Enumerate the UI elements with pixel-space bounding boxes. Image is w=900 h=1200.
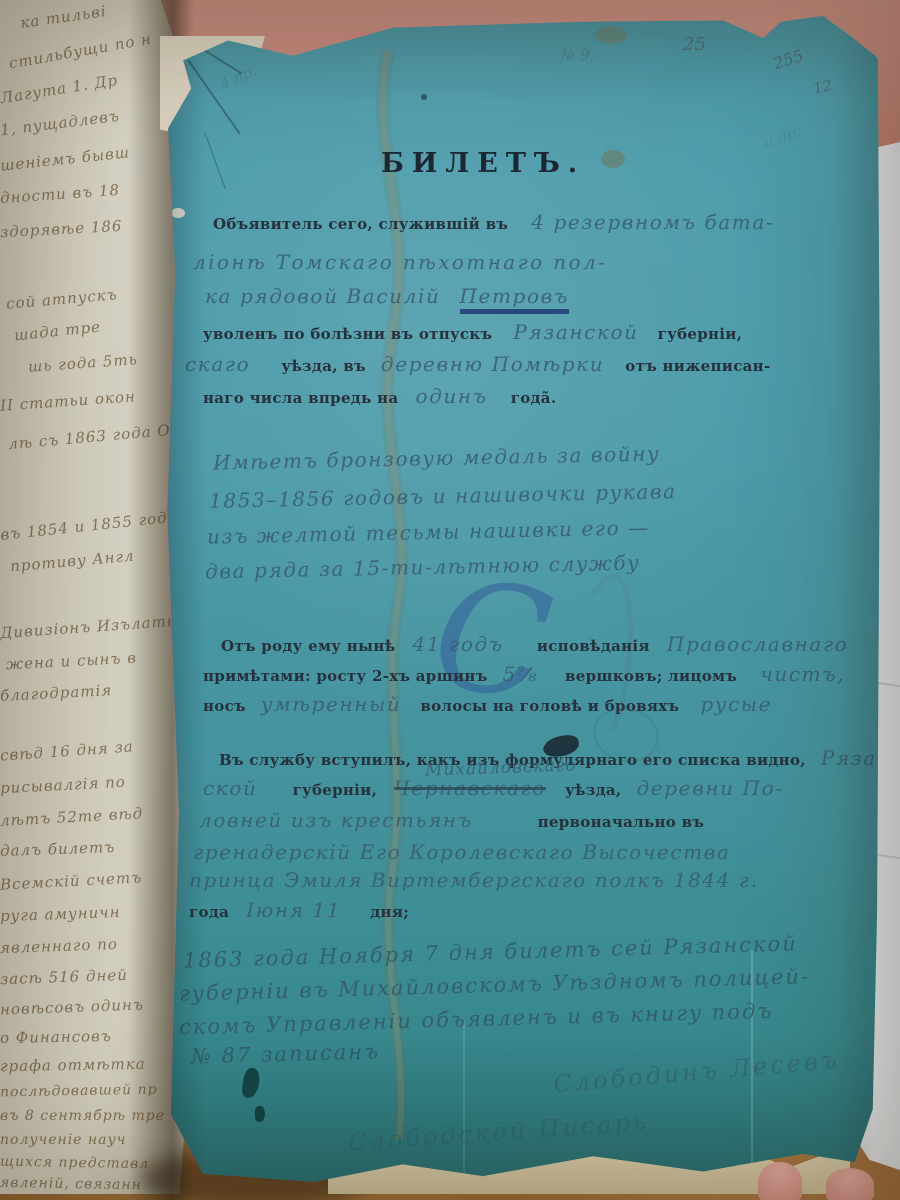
- manuscript-line: шь года 5ть: [28, 350, 139, 376]
- printed-text: года̃.: [511, 389, 557, 407]
- manuscript-line: Лагута 1. Др: [0, 71, 119, 107]
- leave-line-2: скаго уѣзда, въ деревню Помѣрки отъ ниже…: [185, 352, 770, 376]
- printed-text: носъ: [203, 697, 246, 715]
- handwritten-text: 4 резервномъ бата-: [531, 210, 774, 234]
- printed-text: наго числа впредь на: [203, 389, 398, 407]
- printed-text: Объявитель сего, служившій въ: [213, 215, 508, 233]
- printed-text: исповѣданія: [537, 637, 650, 655]
- manuscript-line: щихся представл: [0, 1154, 149, 1173]
- manuscript-line: ка тильві: [19, 2, 107, 32]
- printed-text: примѣтами: росту 2-хъ аршинъ: [203, 667, 488, 685]
- struck-out-text: Чернавскаго: [394, 776, 546, 800]
- handwritten-text: Іюня 11: [246, 898, 341, 922]
- handwritten-text: деревни По-: [637, 776, 784, 800]
- service-line-4: гренадерскій Его Королевскаго Высочества: [193, 840, 730, 864]
- manuscript-line: рисывалгія по: [0, 773, 126, 798]
- handwritten-text: Рязанской: [513, 320, 638, 344]
- printed-text: губерніи,: [293, 781, 378, 799]
- handwritten-text: ка рядовой Василій: [205, 284, 440, 308]
- manuscript-line: шеніемъ бывш: [0, 143, 131, 175]
- manuscript-line: свѣд 16 дня за: [0, 737, 134, 764]
- intro-line-2: ліонѣ Томскаго пѣхотнаго пол-: [193, 250, 607, 274]
- handwritten-text: 5⅞: [503, 662, 538, 686]
- manuscript-line: руга амуничн: [0, 903, 121, 925]
- handwritten-text: русые: [700, 692, 772, 716]
- manuscript-line: сой атпускъ: [5, 285, 118, 313]
- manuscript-line: далъ билетъ: [0, 838, 116, 860]
- manuscript-line: явленнаго по: [0, 935, 118, 957]
- soldier-name-underlined: Петровъ: [460, 284, 569, 314]
- printed-text: губерніи,: [658, 325, 743, 343]
- intro-line-3: ка рядовой Василій Петровъ: [205, 284, 569, 308]
- manuscript-line: противу Англ: [9, 547, 135, 576]
- manuscript-line: засѣ 516 дней: [0, 966, 128, 988]
- printed-text: года: [189, 903, 229, 921]
- stain: [595, 26, 627, 44]
- printed-text: уѣзда,: [565, 781, 621, 799]
- manuscript-line: здорявѣе 186: [0, 217, 123, 241]
- manuscript-line: о Финансовъ: [0, 1027, 112, 1047]
- handwritten-text: одинъ: [416, 384, 488, 408]
- age-line-3: носъ умѣренный волосы на головѣ и бровях…: [203, 692, 772, 716]
- speck: [421, 94, 427, 100]
- manuscript-line: графа отмѣтка: [0, 1055, 146, 1076]
- fingertip: [826, 1168, 874, 1200]
- fold-line: [463, 1020, 465, 1180]
- manuscript-line: шада тре: [13, 317, 101, 344]
- manuscript-line: дности въ 18: [0, 181, 121, 207]
- manuscript-line: новѣсовъ одинъ: [0, 995, 144, 1018]
- service-line-2: ской губерніи, Чернавскаго уѣзда, деревн…: [203, 776, 784, 800]
- handwritten-text: умѣренный: [261, 692, 401, 716]
- handwritten-text: ліонѣ Томскаго пѣхотнаго пол-: [193, 250, 607, 274]
- service-line-5: принца Эмиля Виртембергскаго полкъ 1844 …: [189, 868, 759, 892]
- service-line-6: года Іюня 11 дня;: [189, 898, 409, 922]
- manuscript-line: полученіе науч: [0, 1132, 126, 1148]
- pencil-page-number: 25: [683, 34, 706, 55]
- printed-text: отъ нижеписан-: [625, 357, 770, 375]
- printed-text: Отъ роду ему нынѣ: [221, 637, 395, 655]
- handwritten-text: Православнаго: [667, 632, 848, 656]
- printed-text: уѣзда, въ: [281, 357, 366, 375]
- printed-text: первоначально въ: [538, 813, 705, 831]
- manuscript-line: лѣтъ 52те вѣд: [0, 804, 144, 829]
- printed-text: уволенъ по болѣзни въ отпускъ: [203, 325, 492, 343]
- fingertip: [758, 1162, 802, 1200]
- manuscript-line: Всемскій счетъ: [0, 868, 143, 893]
- service-line-3: ловней изъ крестьянъ первоначально въ: [199, 808, 704, 832]
- handwritten-text: ской: [203, 776, 257, 800]
- ticket-title: БИЛЕТЪ.: [153, 148, 813, 179]
- manuscript-line: явленій, связанн: [0, 1175, 142, 1193]
- blue-ticket-page: № 9, 25 255 12 4 пр. и др. БИЛЕТЪ. Объяв…: [163, 10, 885, 1182]
- manuscript-line: II статьи окон: [0, 387, 136, 414]
- manuscript-line: 1, пущадлевъ: [0, 107, 121, 139]
- printed-text: дня;: [370, 903, 409, 921]
- photo-of-archival-ticket: ка тильві стильбущи по н Лагута 1. Др 1,…: [0, 0, 900, 1200]
- leave-line-3: наго числа впредь на одинъ года̃.: [203, 384, 556, 408]
- handwritten-text: деревню Помѣрки: [381, 352, 604, 376]
- pencil-number: № 9,: [561, 46, 594, 64]
- handwritten-text: чистъ,: [760, 662, 845, 686]
- manuscript-line: жена и сынъ в: [6, 649, 138, 674]
- paper-chip: [171, 208, 185, 218]
- intro-line-1: Объявитель сего, служившій въ 4 резервно…: [213, 210, 774, 234]
- age-line-1: Отъ роду ему нынѣ 41 годъ исповѣданія Пр…: [221, 632, 848, 656]
- leave-line-1: уволенъ по болѣзни въ отпускъ Рязанской …: [203, 320, 742, 344]
- printed-text: вершковъ; лицомъ: [565, 667, 737, 685]
- handwritten-text: 41 годъ: [413, 632, 504, 656]
- handwritten-text: скаго: [185, 352, 250, 376]
- age-line-2: примѣтами: росту 2-хъ аршинъ 5⅞ вершковъ…: [203, 662, 845, 686]
- handwritten-text: ловней изъ крестьянъ: [199, 808, 473, 832]
- manuscript-line: благодратія: [0, 681, 113, 705]
